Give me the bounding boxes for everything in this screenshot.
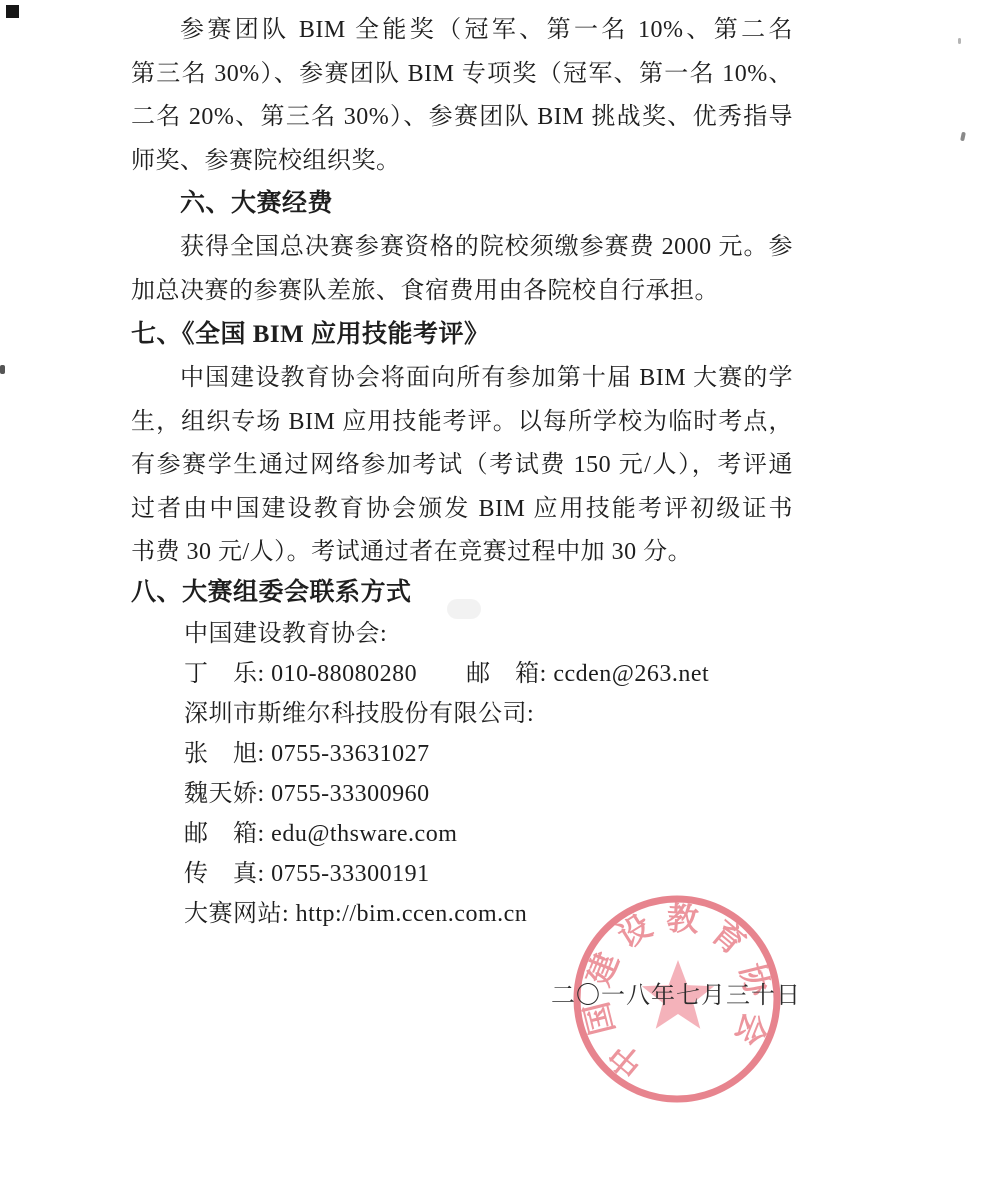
contact-org-thsware: 深圳市斯维尔科技股份有限公司: <box>184 694 804 734</box>
paragraph-line: 中国建设教育协会将面向所有参加第十届 BIM 大赛的学 <box>131 357 793 401</box>
paragraph-line: 生，组织专场 BIM 应用技能考评。以每所学校为临时考点，所 <box>131 401 793 445</box>
paragraph-line: 第三名 30%）、参赛团队 BIM 专项奖（冠军、第一名 10%、第 <box>131 53 793 97</box>
contact-weitianjiao-phone: 魏天娇: 0755-33300960 <box>184 774 804 814</box>
funds-paragraph: 获得全国总决赛参赛资格的院校须缴参赛费 2000 元。参 加总决赛的参赛队差旅、… <box>131 226 793 313</box>
paragraph-line: 参赛团队 BIM 全能奖（冠军、第一名 10%、第二名 20%、 <box>131 9 793 53</box>
scan-speck <box>958 38 961 44</box>
signature-date: 二〇一八年七月三十日 <box>551 981 811 1011</box>
seal-char: 教 <box>665 900 700 938</box>
contact-zhangxu-phone: 张 旭: 0755-33631027 <box>184 734 804 774</box>
seal-char: 中 <box>602 1036 650 1084</box>
paragraph-line: 书费 30 元/人）。考试通过者在竞赛过程中加 30 分。 <box>131 531 793 575</box>
paragraph-line: 师奖、参赛院校组织奖。 <box>131 140 793 184</box>
paragraph-line: 过者由中国建设教育协会颁发 BIM 应用技能考评初级证书（证 <box>131 488 793 532</box>
paragraph-line: 加总决赛的参赛队差旅、食宿费用由各院校自行承担。 <box>131 270 793 314</box>
paragraph-line: 获得全国总决赛参赛资格的院校须缴参赛费 2000 元。参 <box>131 226 793 270</box>
exam-paragraph: 中国建设教育协会将面向所有参加第十届 BIM 大赛的学 生，组织专场 BIM 应… <box>131 357 793 575</box>
section-heading-exam: 七、《全国 BIM 应用技能考评》 <box>131 313 793 357</box>
seal-char: 育 <box>705 914 753 962</box>
contact-dingle-phone-email: 丁 乐: 010-88080280 邮 箱: ccden@263.net <box>184 654 804 694</box>
scan-speck <box>960 132 966 142</box>
contact-org-ccea: 中国建设教育协会: <box>184 614 804 654</box>
section-heading-funds: 六、大赛经费 <box>131 182 793 226</box>
awards-paragraph: 参赛团队 BIM 全能奖（冠军、第一名 10%、第二名 20%、 第三名 30%… <box>131 9 793 183</box>
paragraph-line: 有参赛学生通过网络参加考试（考试费 150 元/人），考评通 <box>131 444 793 488</box>
scan-speck <box>6 5 19 18</box>
contact-email: 邮 箱: edu@thsware.com <box>184 814 804 854</box>
scan-speck <box>0 365 5 374</box>
paragraph-line: 二名 20%、第三名 30%）、参赛团队 BIM 挑战奖、优秀指导教 <box>131 96 793 140</box>
scan-smudge <box>447 599 481 619</box>
scanned-document-page: 参赛团队 BIM 全能奖（冠军、第一名 10%、第二名 20%、 第三名 30%… <box>0 0 984 1178</box>
